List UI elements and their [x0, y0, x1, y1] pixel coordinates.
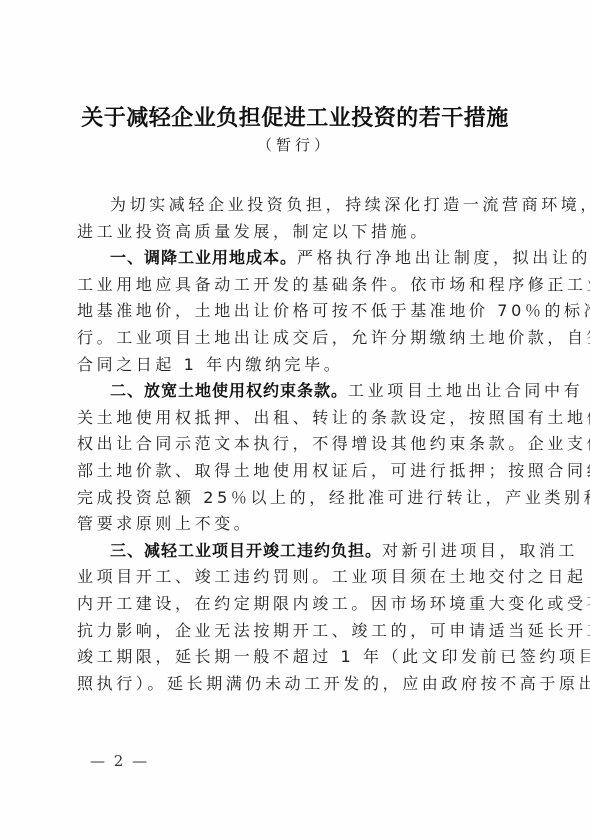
section-1-line: 工业用地应具备动工开发的基础条件。依市场和程序修正工业用	[77, 272, 519, 299]
section-3-line: 照执行）。延长期满仍未动工开发的，应由政府按不高于原出让	[77, 671, 519, 698]
document-body: 为切实减轻企业投资负担，持续深化打造一流营商环境，促 进工业投资高质量发展，制定…	[77, 192, 519, 697]
section-2-first-line: 二、放宽土地使用权约束条款。工业项目土地出让合同中有	[77, 378, 519, 405]
document-page: 关于减轻企业负担促进工业投资的若干措施 （暂行） 为切实减轻企业投资负担，持续深…	[0, 0, 590, 838]
intro-line-1: 为切实减轻企业投资负担，持续深化打造一流营商环境，促	[77, 192, 519, 219]
section-1-text: 严格执行净地出让制度，拟出让的	[297, 248, 590, 267]
page-number: — 2 —	[90, 752, 149, 770]
section-2-line: 关土地使用权抵押、出租、转让的条款设定，按照国有土地使用	[77, 405, 519, 432]
section-3-line: 业项目开工、竣工违约罚则。工业项目须在土地交付之日起 1 年	[77, 564, 519, 591]
section-2-text: 工业项目土地出让合同中有	[348, 381, 583, 400]
intro-line-2: 进工业投资高质量发展，制定以下措施。	[77, 219, 519, 246]
section-1-heading: 一、调降工业用地成本。	[110, 248, 297, 267]
section-2-line: 部土地价款、取得土地使用权证后，可进行抵押；按照合同约定	[77, 458, 519, 485]
section-2-line: 权出让合同示范文本执行，不得增设其他约束条款。企业支付全	[77, 431, 519, 458]
document-title: 关于减轻企业负担促进工业投资的若干措施	[0, 104, 590, 132]
section-1-line: 行。工业项目土地出让成交后，允许分期缴纳土地价款，自签订	[77, 325, 519, 352]
section-1-line: 合同之日起 1 年内缴纳完毕。	[77, 352, 519, 379]
section-2-line: 管要求原则上不变。	[77, 511, 519, 538]
section-3-line: 抗力影响，企业无法按期开工、竣工的，可申请适当延长开工、	[77, 618, 519, 645]
section-3-text: 对新引进项目，取消工	[382, 541, 578, 560]
section-3-line: 竣工期限，延长期一般不超过 1 年（此文印发前已签约项目可参	[77, 644, 519, 671]
document-subtitle: （暂行）	[0, 134, 590, 156]
section-2-heading: 二、放宽土地使用权约束条款。	[110, 381, 348, 400]
section-3-line: 内开工建设，在约定期限内竣工。因市场环境重大变化或受不可	[77, 591, 519, 618]
section-1-first-line: 一、调降工业用地成本。严格执行净地出让制度，拟出让的	[77, 245, 519, 272]
section-3-first-line: 三、减轻工业项目开竣工违约负担。对新引进项目，取消工	[77, 538, 519, 565]
section-1-line: 地基准地价，土地出让价格可按不低于基准地价 70％的标准执	[77, 298, 519, 325]
section-2-line: 完成投资总额 25％以上的，经批准可进行转让，产业类别和监	[77, 485, 519, 512]
section-3-heading: 三、减轻工业项目开竣工违约负担。	[110, 541, 382, 560]
